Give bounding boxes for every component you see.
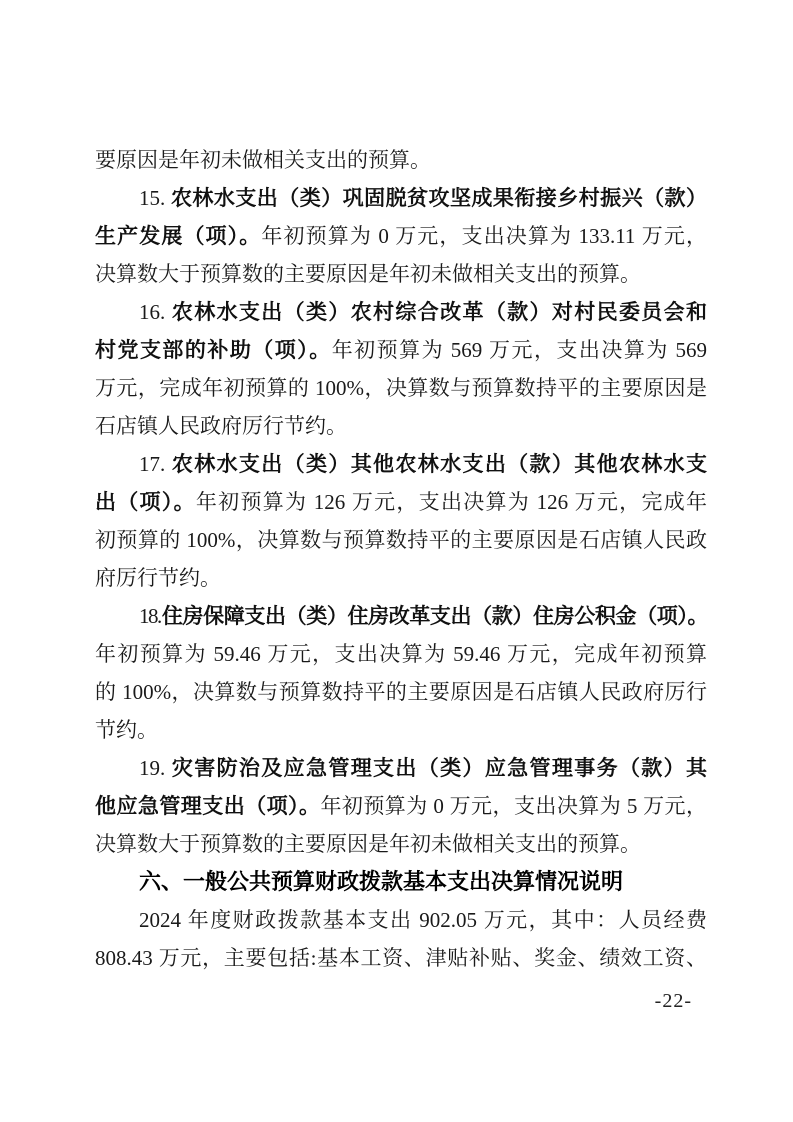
item-19-title-line: 19. 灾害防治及应急管理支出（类）应急管理事务（款）其 xyxy=(95,749,707,787)
bold-title-run: 生产发展（项）。 xyxy=(95,224,261,248)
body-text-run: 年初预算为 59.46 万元，支出决算为 59.46 万元，完成年初预算 xyxy=(95,642,707,666)
body-text-run: 808.43 万元，主要包括:基本工资、津贴补贴、奖金、绩效工资、 xyxy=(95,946,707,970)
item-17-body-line: 府厉行节约。 xyxy=(95,559,707,597)
item-16-body-line: 村党支部的补助（项）。年初预算为 569 万元，支出决算为 569 xyxy=(95,331,707,369)
bold-title-run: 农林水支出（类）农村综合改革（款）对村民委员会和 xyxy=(172,300,707,324)
bold-title-run: 农林水支出（类）巩固脱贫攻坚成果衔接乡村振兴（款） xyxy=(171,186,707,210)
item-19-body-line: 他应急管理支出（项）。年初预算为 0 万元，支出决算为 5 万元， xyxy=(95,787,707,825)
body-text-run: 决算数大于预算数的主要原因是年初未做相关支出的预算。 xyxy=(95,832,641,856)
paragraph-14-continuation-line: 要原因是年初未做相关支出的预算。 xyxy=(95,141,707,179)
item-18-body-line: 节约。 xyxy=(95,711,707,749)
item-17-body-line: 出（项）。年初预算为 126 万元，支出决算为 126 万元，完成年 xyxy=(95,483,707,521)
body-text-run: 年初预算为 126 万元，支出决算为 126 万元，完成年 xyxy=(196,490,707,514)
body-text-run: 的 100%，决算数与预算数持平的主要原因是石店镇人民政府厉行 xyxy=(95,680,707,704)
item-16-body-line: 万元，完成年初预算的 100%，决算数与预算数持平的主要原因是 xyxy=(95,369,707,407)
body-text-run: 初预算的 100%，决算数与预算数持平的主要原因是石店镇人民政 xyxy=(95,528,707,552)
bold-title-run: 出（项）。 xyxy=(95,490,196,514)
item-18-title-line: 18.住房保障支出（类）住房改革支出（款）住房公积金（项）。 xyxy=(95,597,707,635)
body-text-run: 节约。 xyxy=(95,718,158,742)
body-text-run: 决算数大于预算数的主要原因是年初未做相关支出的预算。 xyxy=(95,262,641,286)
item-17-title-line: 17. 农林水支出（类）其他农林水支出（款）其他农林水支 xyxy=(95,445,707,483)
section-6-body-line: 2024 年度财政拨款基本支出 902.05 万元，其中：人员经费 xyxy=(95,901,707,939)
item-16-body-line: 石店镇人民政府厉行节约。 xyxy=(95,407,707,445)
list-number: 15. xyxy=(139,186,171,210)
item-17-body-line: 初预算的 100%，决算数与预算数持平的主要原因是石店镇人民政 xyxy=(95,521,707,559)
item-15-body-line: 生产发展（项）。年初预算为 0 万元，支出决算为 133.11 万元， xyxy=(95,217,707,255)
body-text-run: 要原因是年初未做相关支出的预算。 xyxy=(95,148,431,172)
section-6-body-line: 808.43 万元，主要包括:基本工资、津贴补贴、奖金、绩效工资、 xyxy=(95,939,707,977)
body-text-run: 石店镇人民政府厉行节约。 xyxy=(95,414,347,438)
section-heading-text: 六、一般公共预算财政拨款基本支出决算情况说明 xyxy=(139,869,623,894)
bold-title-run: 灾害防治及应急管理支出（类）应急管理事务（款）其 xyxy=(172,756,707,780)
item-15-title-line: 15. 农林水支出（类）巩固脱贫攻坚成果衔接乡村振兴（款） xyxy=(95,179,707,217)
list-number: 19. xyxy=(139,756,172,780)
item-18-body-line: 的 100%，决算数与预算数持平的主要原因是石店镇人民政府厉行 xyxy=(95,673,707,711)
list-number: 18. xyxy=(139,604,161,628)
body-text-run: 府厉行节约。 xyxy=(95,566,221,590)
item-15-body-line: 决算数大于预算数的主要原因是年初未做相关支出的预算。 xyxy=(95,255,707,293)
item-19-body-line: 决算数大于预算数的主要原因是年初未做相关支出的预算。 xyxy=(95,825,707,863)
body-text-run: 年初预算为 0 万元，支出决算为 133.11 万元， xyxy=(261,224,707,248)
list-number: 16. xyxy=(139,300,172,324)
body-text-run: 年初预算为 0 万元，支出决算为 5 万元， xyxy=(320,794,707,818)
bold-title-run: 他应急管理支出（项）。 xyxy=(95,794,320,818)
body-text-run: 年初预算为 569 万元，支出决算为 569 xyxy=(332,338,707,362)
item-16-title-line: 16. 农林水支出（类）农村综合改革（款）对村民委员会和 xyxy=(95,293,707,331)
body-text-run: 万元，完成年初预算的 100%，决算数与预算数持平的主要原因是 xyxy=(95,376,707,400)
bold-title-run: 住房保障支出（类）住房改革支出（款）住房公积金（项）。 xyxy=(161,604,707,628)
section-6-heading: 六、一般公共预算财政拨款基本支出决算情况说明 xyxy=(95,863,707,901)
document-page: 要原因是年初未做相关支出的预算。 15. 农林水支出（类）巩固脱贫攻坚成果衔接乡… xyxy=(0,0,793,1122)
bold-title-run: 村党支部的补助（项）。 xyxy=(95,338,332,362)
page-number: -22- xyxy=(655,990,692,1013)
item-18-body-line: 年初预算为 59.46 万元，支出决算为 59.46 万元，完成年初预算 xyxy=(95,635,707,673)
document-text-block: 要原因是年初未做相关支出的预算。 15. 农林水支出（类）巩固脱贫攻坚成果衔接乡… xyxy=(95,141,707,977)
list-number: 17. xyxy=(139,452,172,476)
body-text-run: 2024 年度财政拨款基本支出 902.05 万元，其中：人员经费 xyxy=(139,908,707,932)
bold-title-run: 农林水支出（类）其他农林水支出（款）其他农林水支 xyxy=(172,452,707,476)
